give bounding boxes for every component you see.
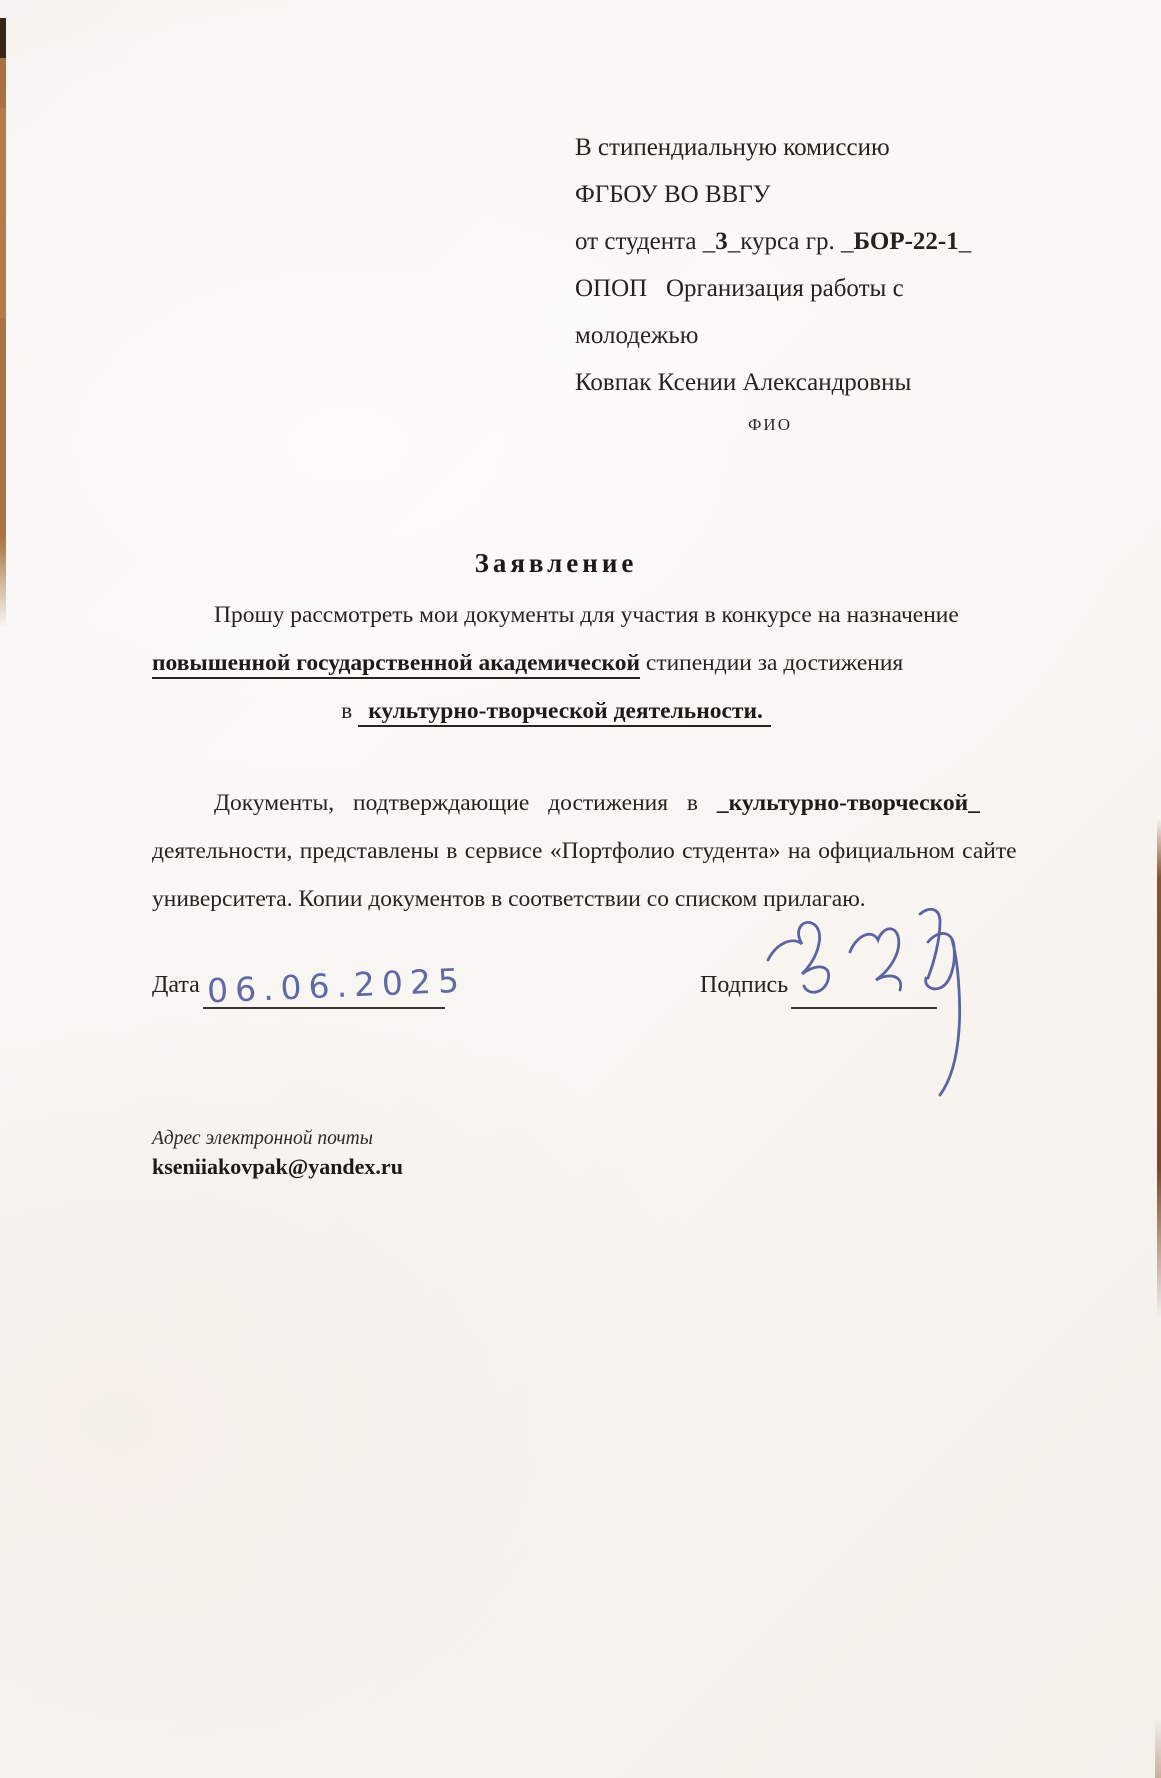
email-label: Адрес электронной почты [152, 1126, 403, 1152]
header-line-program-cont: молодежью [575, 312, 1045, 359]
request-line-3: вкультурно-творческой деятельности. [152, 687, 960, 735]
fio-caption: ФИО [575, 412, 965, 438]
scanned-application-page: В стипендиальную комиссию ФГБОУ ВО ВВГУ … [0, 0, 1161, 1778]
header-line-commission: В стипендиальную комиссию [575, 124, 1045, 171]
group-code: БОР-22-1 [854, 228, 959, 255]
scan-corner-bottom-right [1155, 1718, 1161, 1778]
scan-edge-right [1157, 818, 1161, 1318]
header-line-student-group: от студента _3_курса гр. _БОР-22-1_ [575, 218, 1045, 265]
date-handwritten-value: 06.06.2025 [206, 961, 466, 1011]
signature-ink [762, 898, 972, 1103]
date-label: Дата [152, 972, 200, 999]
activity-type-underlined: культурно-творческой деятельности. [358, 698, 771, 727]
document-title: Заявление [152, 548, 960, 579]
documents-line-2: деятельности, представлены в сервисе «По… [152, 827, 960, 875]
scan-edge-left [0, 18, 6, 628]
header-line-student-name: Ковпак Ксении Александровны [575, 359, 1045, 406]
request-line-1: Прошу рассмотреть мои документы для учас… [152, 591, 960, 639]
activity-type-filled: _культурно-творческой_ [717, 790, 980, 816]
request-paragraph: Прошу рассмотреть мои документы для учас… [152, 591, 960, 735]
request-line-2: повышенной государственной академической… [152, 639, 960, 687]
email-block: Адрес электронной почты kseniiakovpak@ya… [152, 1126, 403, 1182]
header-line-university: ФГБОУ ВО ВВГУ [575, 171, 1045, 218]
course-number: 3 [715, 228, 728, 255]
header-line-program: ОПОП Организация работы с [575, 265, 1045, 312]
addressee-block: В стипендиальную комиссию ФГБОУ ВО ВВГУ … [575, 124, 1045, 438]
email-value: kseniiakovpak@yandex.ru [152, 1152, 403, 1182]
scholarship-type-underlined: повышенной государственной академической [152, 650, 640, 679]
documents-line-1: Документы, подтверждающие достижения в _… [152, 779, 960, 827]
